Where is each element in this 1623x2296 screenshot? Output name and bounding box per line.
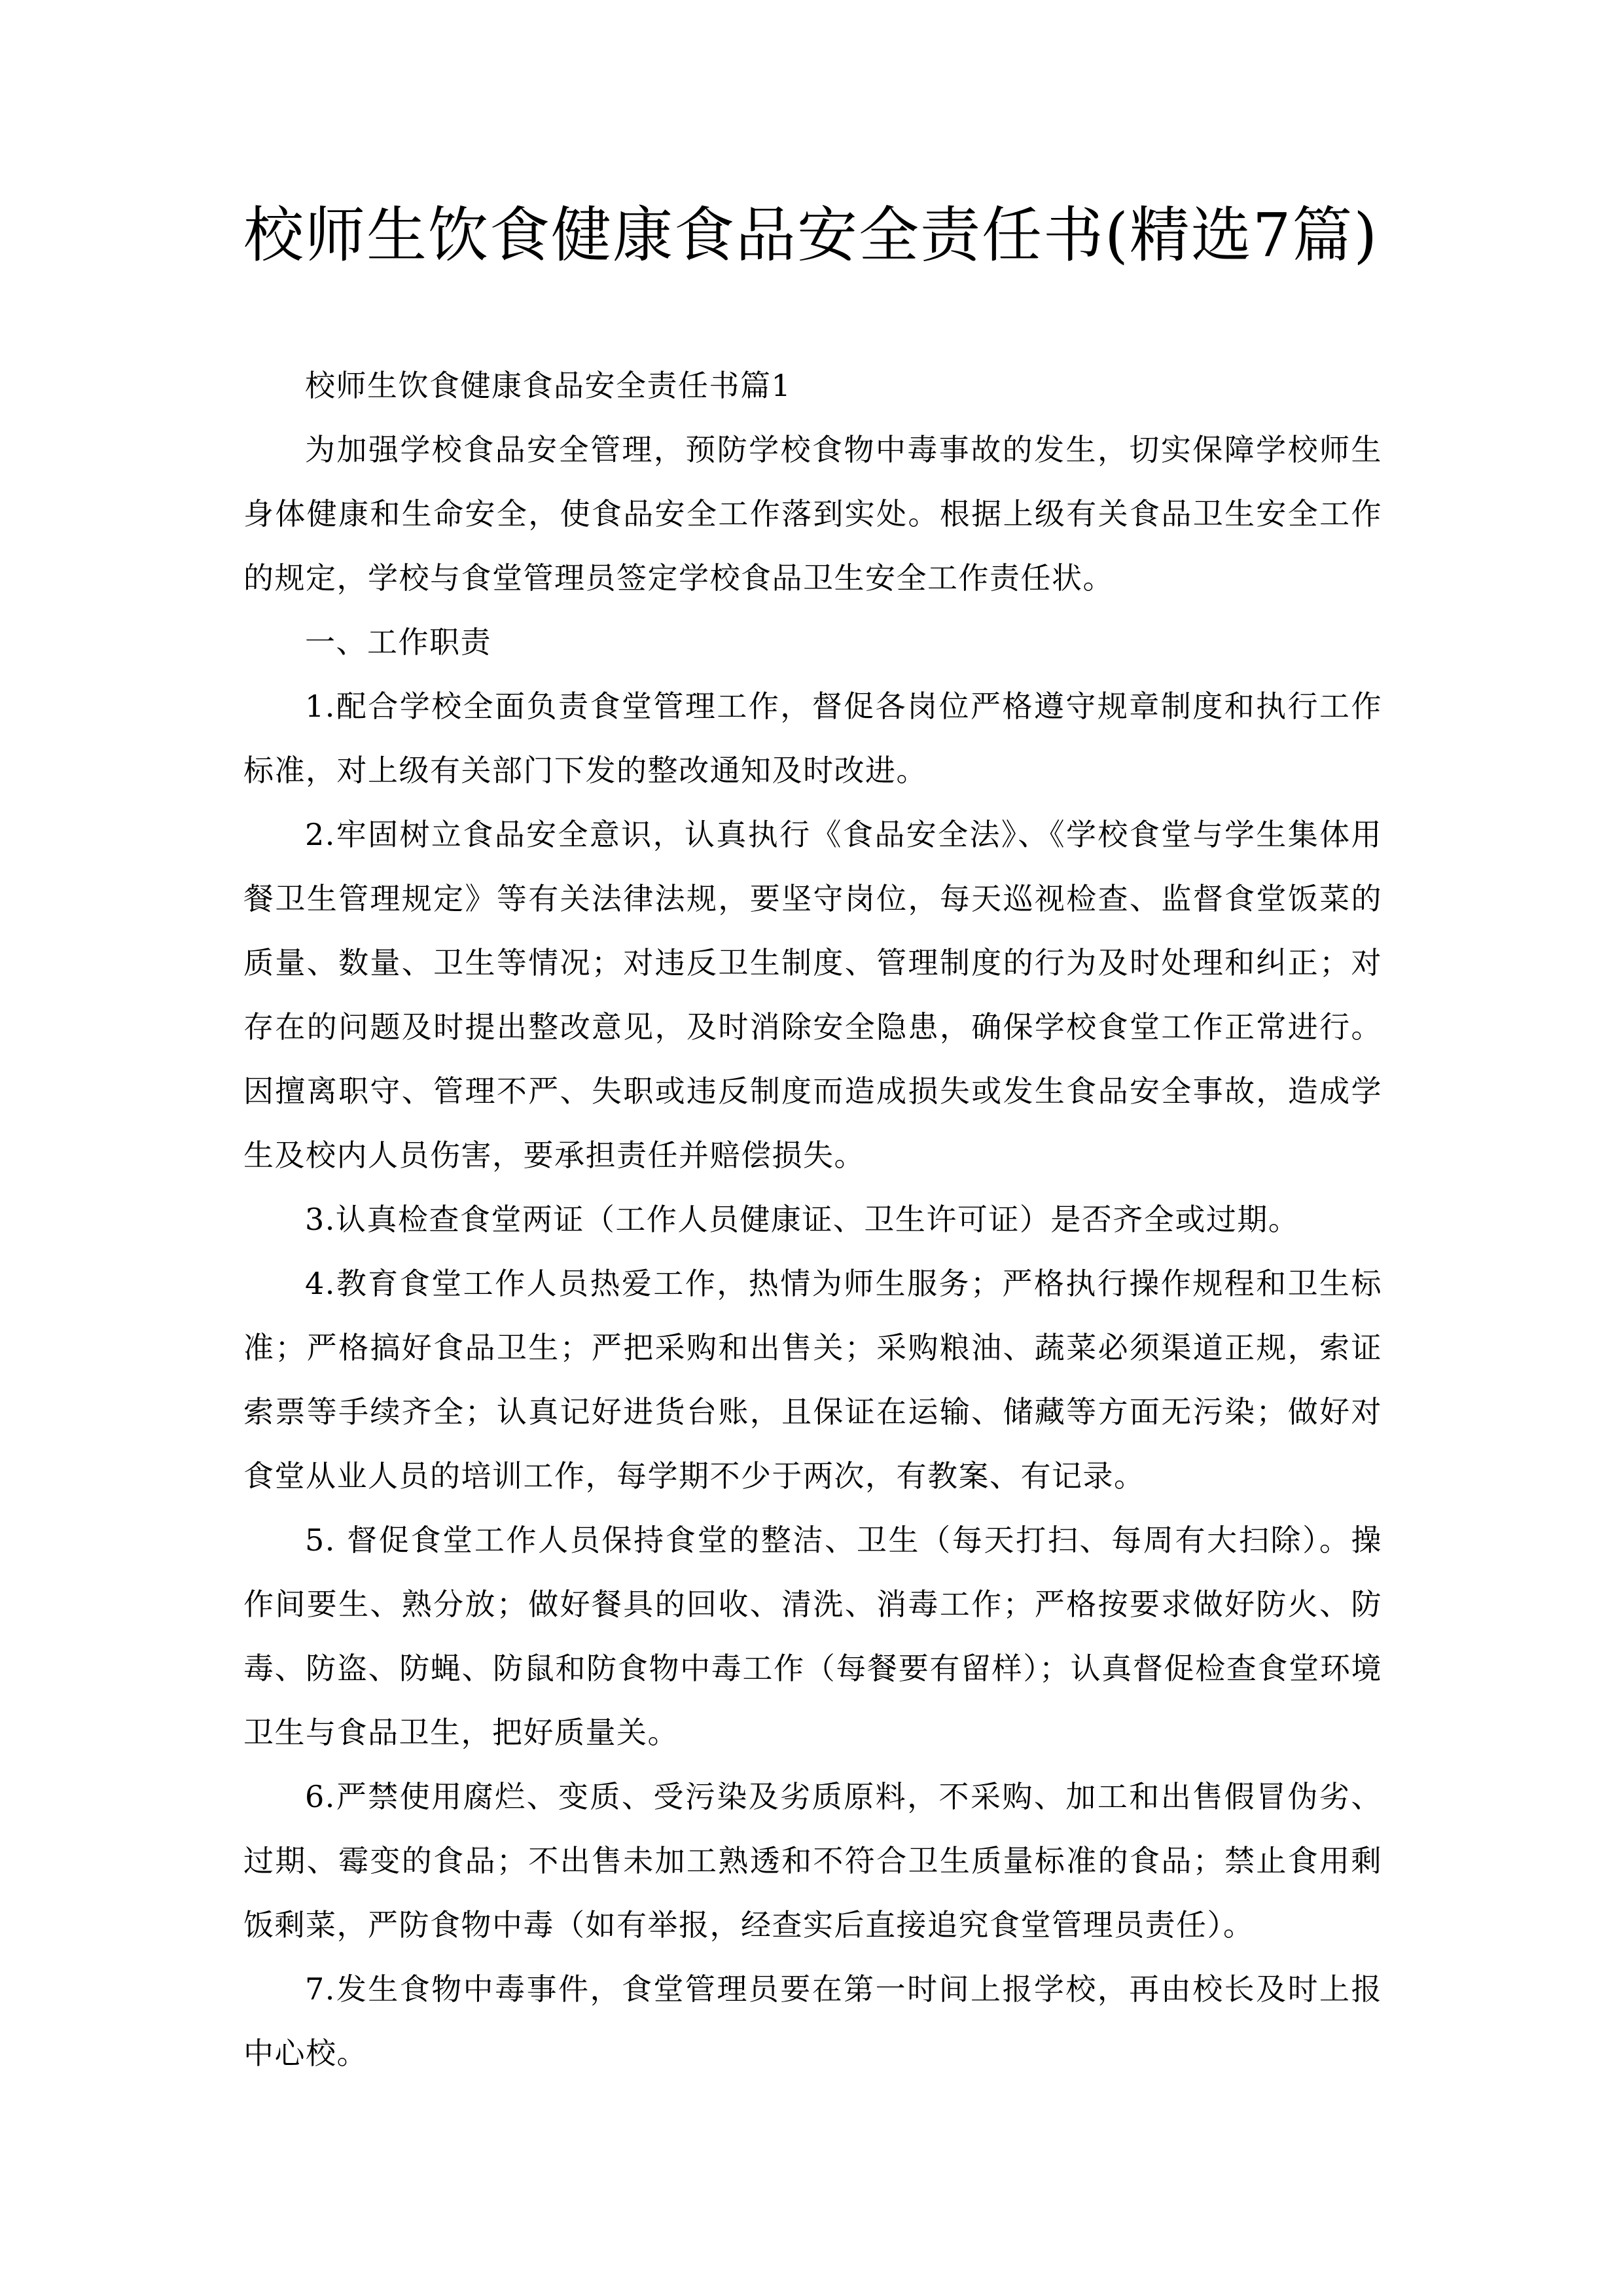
duty-item-4: 4.教育食堂工作人员热爱工作，热情为师生服务；严格执行操作规程和卫生标准；严格搞… (243, 1251, 1382, 1508)
document-body: 校师生饮食健康食品安全责任书篇1 为加强学校食品安全管理，预防学校食物中毒事故的… (243, 353, 1382, 2085)
duty-item-7: 7.发生食物中毒事件，食堂管理员要在第一时间上报学校，再由校长及时上报中心校。 (243, 1957, 1382, 2085)
subheading-duties: 一、工作职责 (243, 610, 1382, 674)
document-page: 校师生饮食健康食品安全责任书(精选7篇) 校师生饮食健康食品安全责任书篇1 为加… (0, 0, 1623, 2296)
duty-item-6: 6.严禁使用腐烂、变质、受污染及劣质原料，不采购、加工和出售假冒伪劣、过期、霉变… (243, 1765, 1382, 1957)
duty-item-2: 2.牢固树立食品安全意识，认真执行《食品安全法》、《学校食堂与学生集体用餐卫生管… (243, 802, 1382, 1187)
document-title: 校师生饮食健康食品安全责任书(精选7篇) (243, 196, 1382, 275)
duty-item-5: 5. 督促食堂工作人员保持食堂的整洁、卫生（每天打扫、每周有大扫除）。操作间要生… (243, 1508, 1382, 1765)
duty-item-1: 1.配合学校全面负责食堂管理工作，督促各岗位严格遵守规章制度和执行工作标准，对上… (243, 674, 1382, 802)
duty-item-3: 3.认真检查食堂两证（工作人员健康证、卫生许可证）是否齐全或过期。 (243, 1187, 1382, 1251)
section-heading: 校师生饮食健康食品安全责任书篇1 (243, 353, 1382, 418)
intro-paragraph: 为加强学校食品安全管理，预防学校食物中毒事故的发生，切实保障学校师生身体健康和生… (243, 418, 1382, 610)
